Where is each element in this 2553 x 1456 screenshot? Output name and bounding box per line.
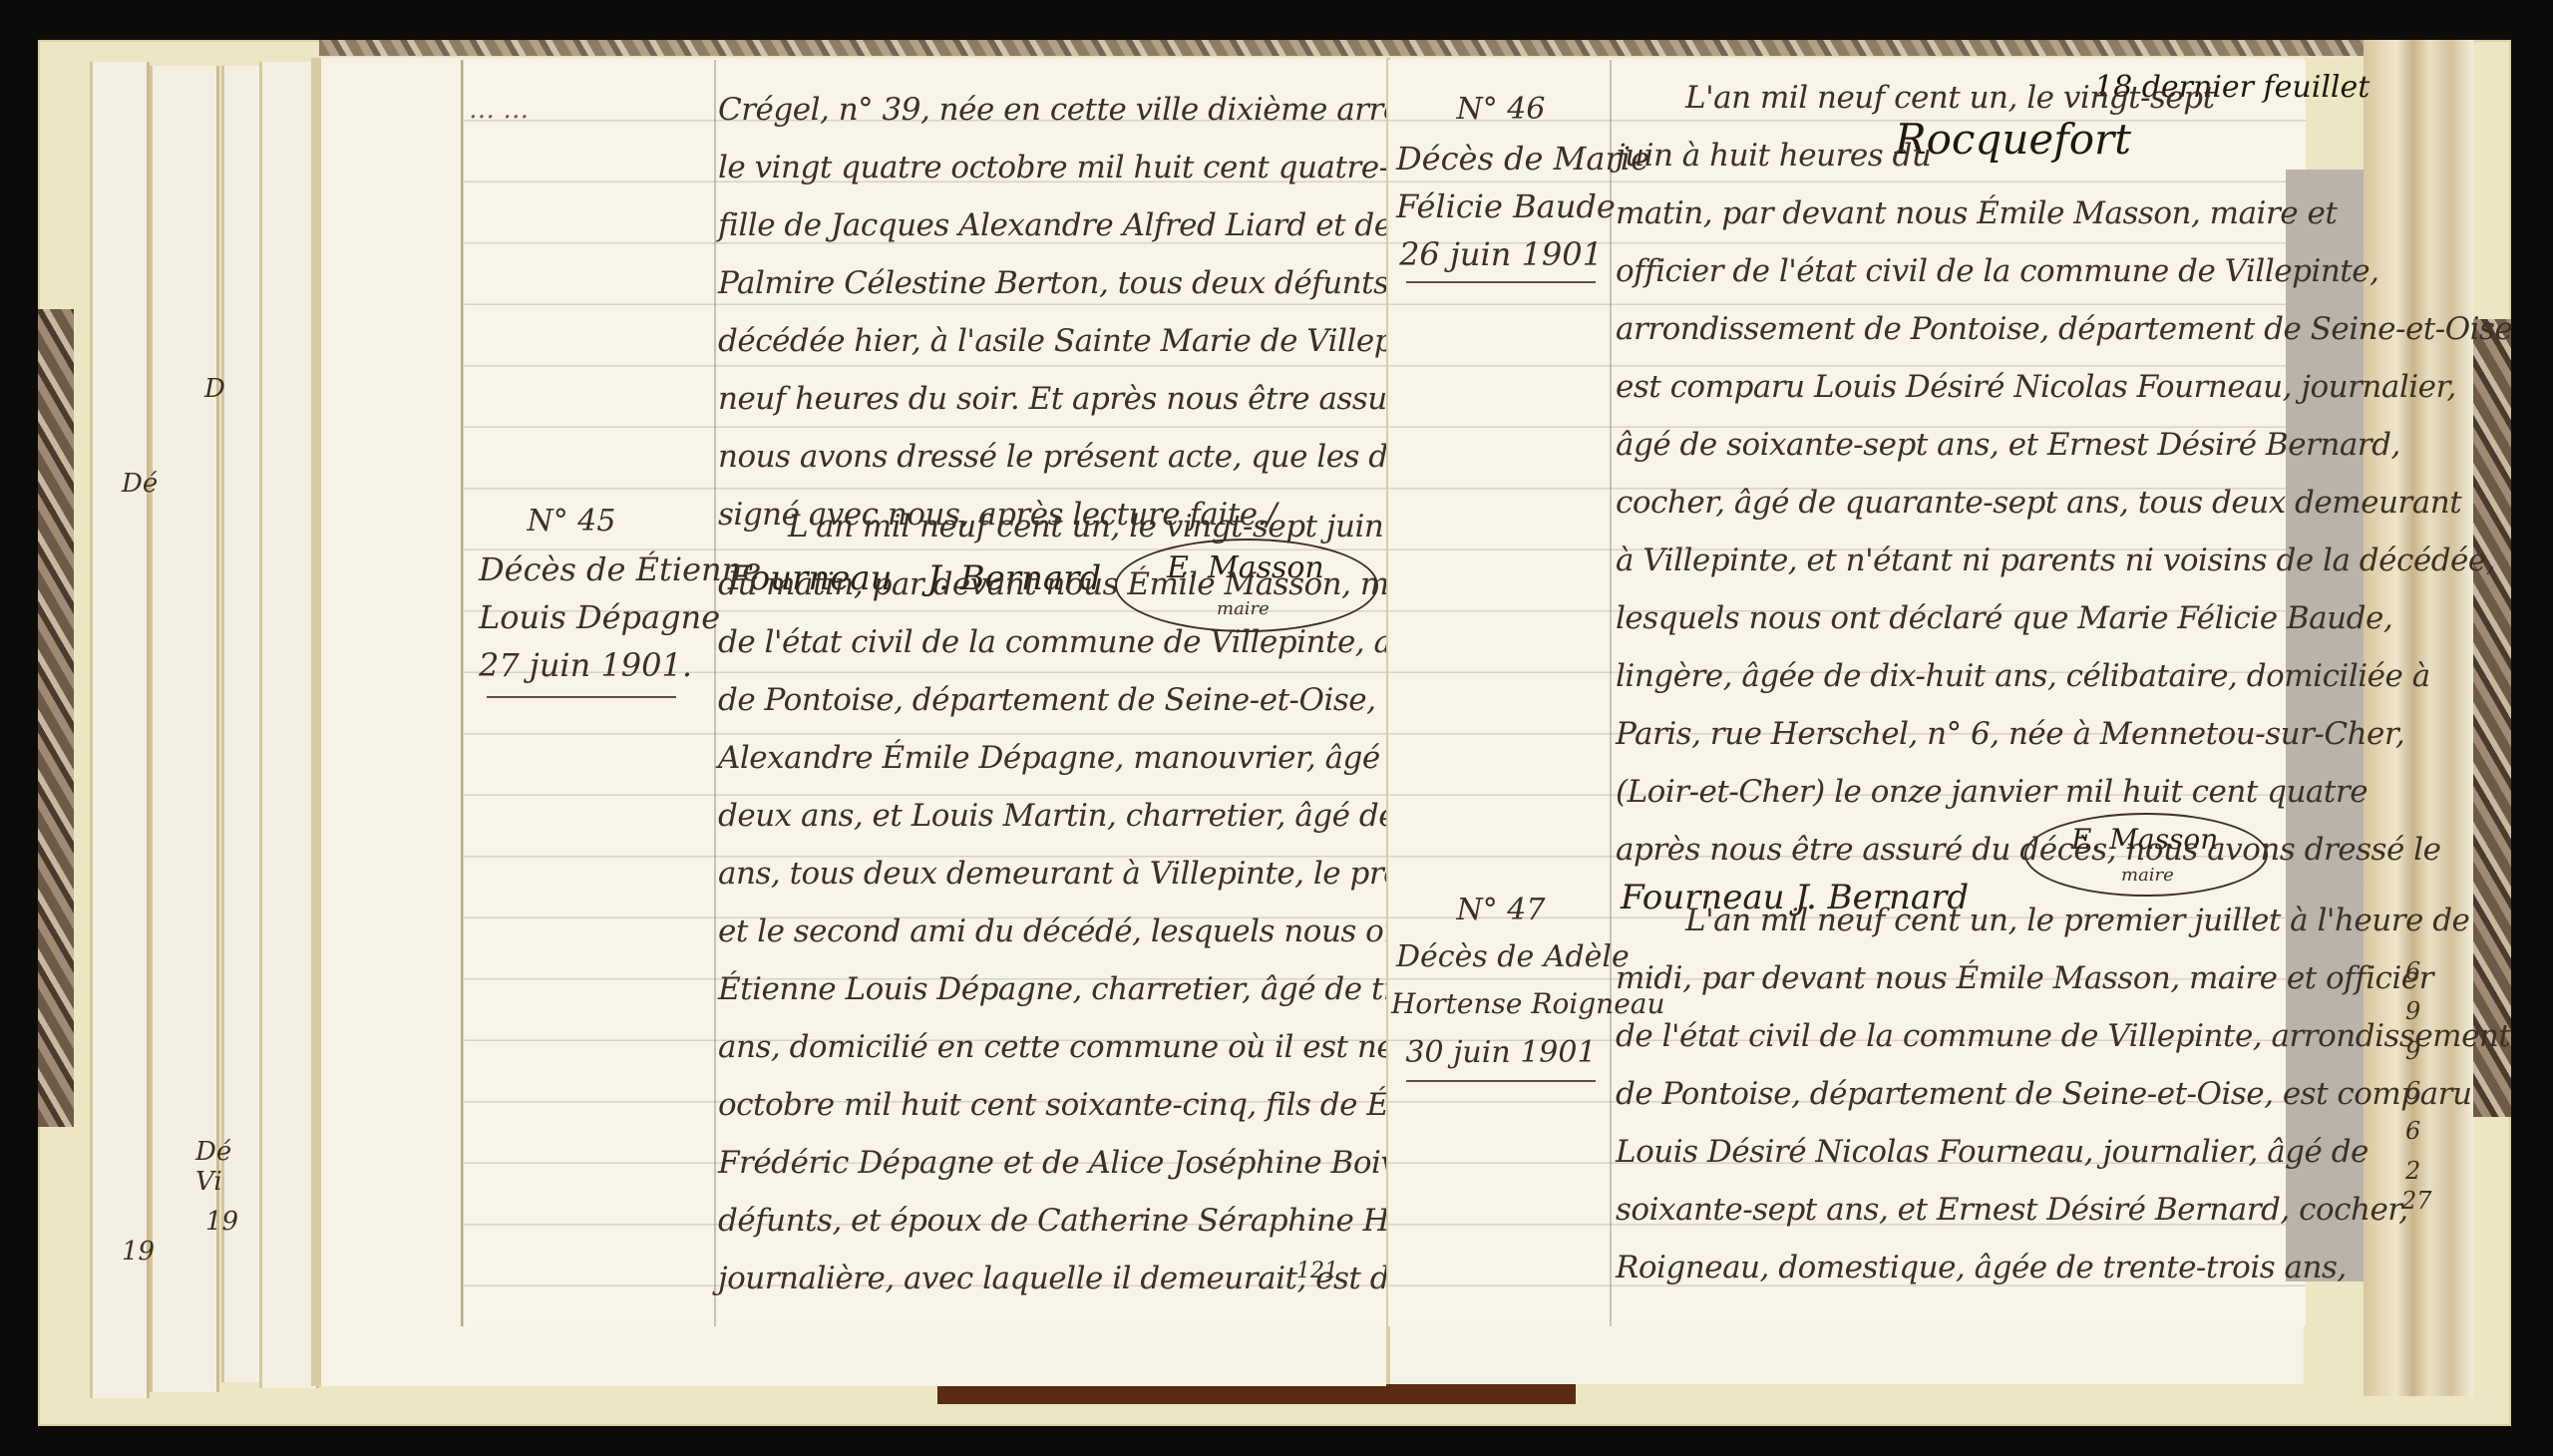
edge-fragment: Dé [122,469,158,499]
margin-date: 26 juin 1901 [1396,235,1606,273]
text-line: Palmire Célestine Berton, tous deux défu… [718,265,1452,301]
text-line: décédée hier, à l'asile Sainte Marie de … [718,323,1488,359]
text-line: octobre mil huit cent soixante-cinq, fil… [718,1087,1484,1123]
text-line: matin, par devant nous Émile Masson, mai… [1616,195,2337,231]
text-line: lesquels nous ont déclaré que Marie Féli… [1616,600,2392,636]
text-line: fille de Jacques Alexandre Alfred Liard … [718,207,1492,243]
entry-divider [1406,1080,1596,1082]
margin-date: 30 juin 1901 [1396,1035,1606,1070]
text-line: L'an mil neuf cent un, le vingt-sept [1685,80,2215,116]
text-line: cocher, âgé de quarante-sept ans, tous d… [1616,485,2461,521]
edge-fragment: D [204,374,225,404]
text-line: de Pontoise, département de Seine-et-Ois… [1616,1076,2471,1112]
margin-title: Décès de Marie [1396,140,1606,178]
edge-fragment: Vi [195,1167,222,1197]
margin-rule [1610,60,1612,1326]
text-line: lingère, âgée de dix-huit ans, célibatai… [1616,658,2430,694]
margin-title: Décès de Étienne [479,550,688,588]
entry-divider [1406,281,1596,283]
text-line: Roigneau, domestique, âgée de trente-tro… [1616,1250,2347,1285]
entry-divider [487,696,676,698]
margin-title: Décès de Adèle [1396,939,1606,974]
margin-rule [461,60,463,1326]
folio-number: 121 [1296,1259,1338,1283]
entry-number: N° 47 [1396,893,1606,927]
text-line: âgé de soixante-sept ans, et Ernest Dési… [1616,427,2400,463]
text-line: officier de l'état civil de la commune d… [1616,253,2378,289]
text-line: juin à huit heures du [1616,138,1931,174]
text-line: le vingt quatre octobre mil huit cent qu… [718,150,1475,185]
stacked-page-4 [259,62,319,1388]
text-line: midi, par devant nous Émile Masson, mair… [1616,960,2433,996]
edge-fragment: 19 [122,1237,155,1267]
edge-fragment: 19 [205,1207,238,1237]
edge-fragment: Dé [195,1137,231,1167]
text-line: soixante-sept ans, et Ernest Désiré Bern… [1616,1192,2408,1228]
text-line: arrondissement de Pontoise, département … [1616,311,2512,347]
mayor-seal: E. Masson maire [2024,813,2268,897]
seal-title: maire [2121,865,2174,886]
stacked-page-1 [90,62,150,1398]
marbled-edge-top [319,40,2393,56]
text-line: de l'état civil de la commune de Villepi… [1616,1018,2510,1054]
margin-title: Félicie Baude [1396,187,1606,225]
edge-number: 6 [2405,1117,2420,1145]
entry-number: N° 45 [467,504,676,539]
margin-title: Hortense Roigneau [1391,987,1601,1020]
text-line: (Loir-et-Cher) le onze janvier mil huit … [1616,774,2368,810]
marbled-endpaper-left [38,309,74,1127]
text-line: à Villepinte, et n'étant ni parents ni v… [1616,543,2495,578]
text-line: Louis Désiré Nicolas Fourneau, journalie… [1616,1134,2369,1170]
margin-rule [714,60,716,1326]
text-line: Paris, rue Herschel, n° 6, née à Menneto… [1616,716,2404,752]
margin-title: Louis Dépagne [479,598,688,636]
margin-fragment: … … [469,95,529,125]
margin-date: 27 juin 1901. [479,646,688,684]
entry-number: N° 46 [1396,92,1606,127]
marbled-endpaper-right [2471,319,2511,1117]
text-line: est comparu Louis Désiré Nicolas Fournea… [1616,369,2456,405]
edge-number: 2 [2405,1157,2420,1185]
text-line: défunts, et époux de Catherine Séraphine… [718,1203,1502,1239]
text-line: L'an mil neuf cent un, le premier juille… [1685,903,2469,938]
seal-name: E. Masson [2071,823,2218,856]
